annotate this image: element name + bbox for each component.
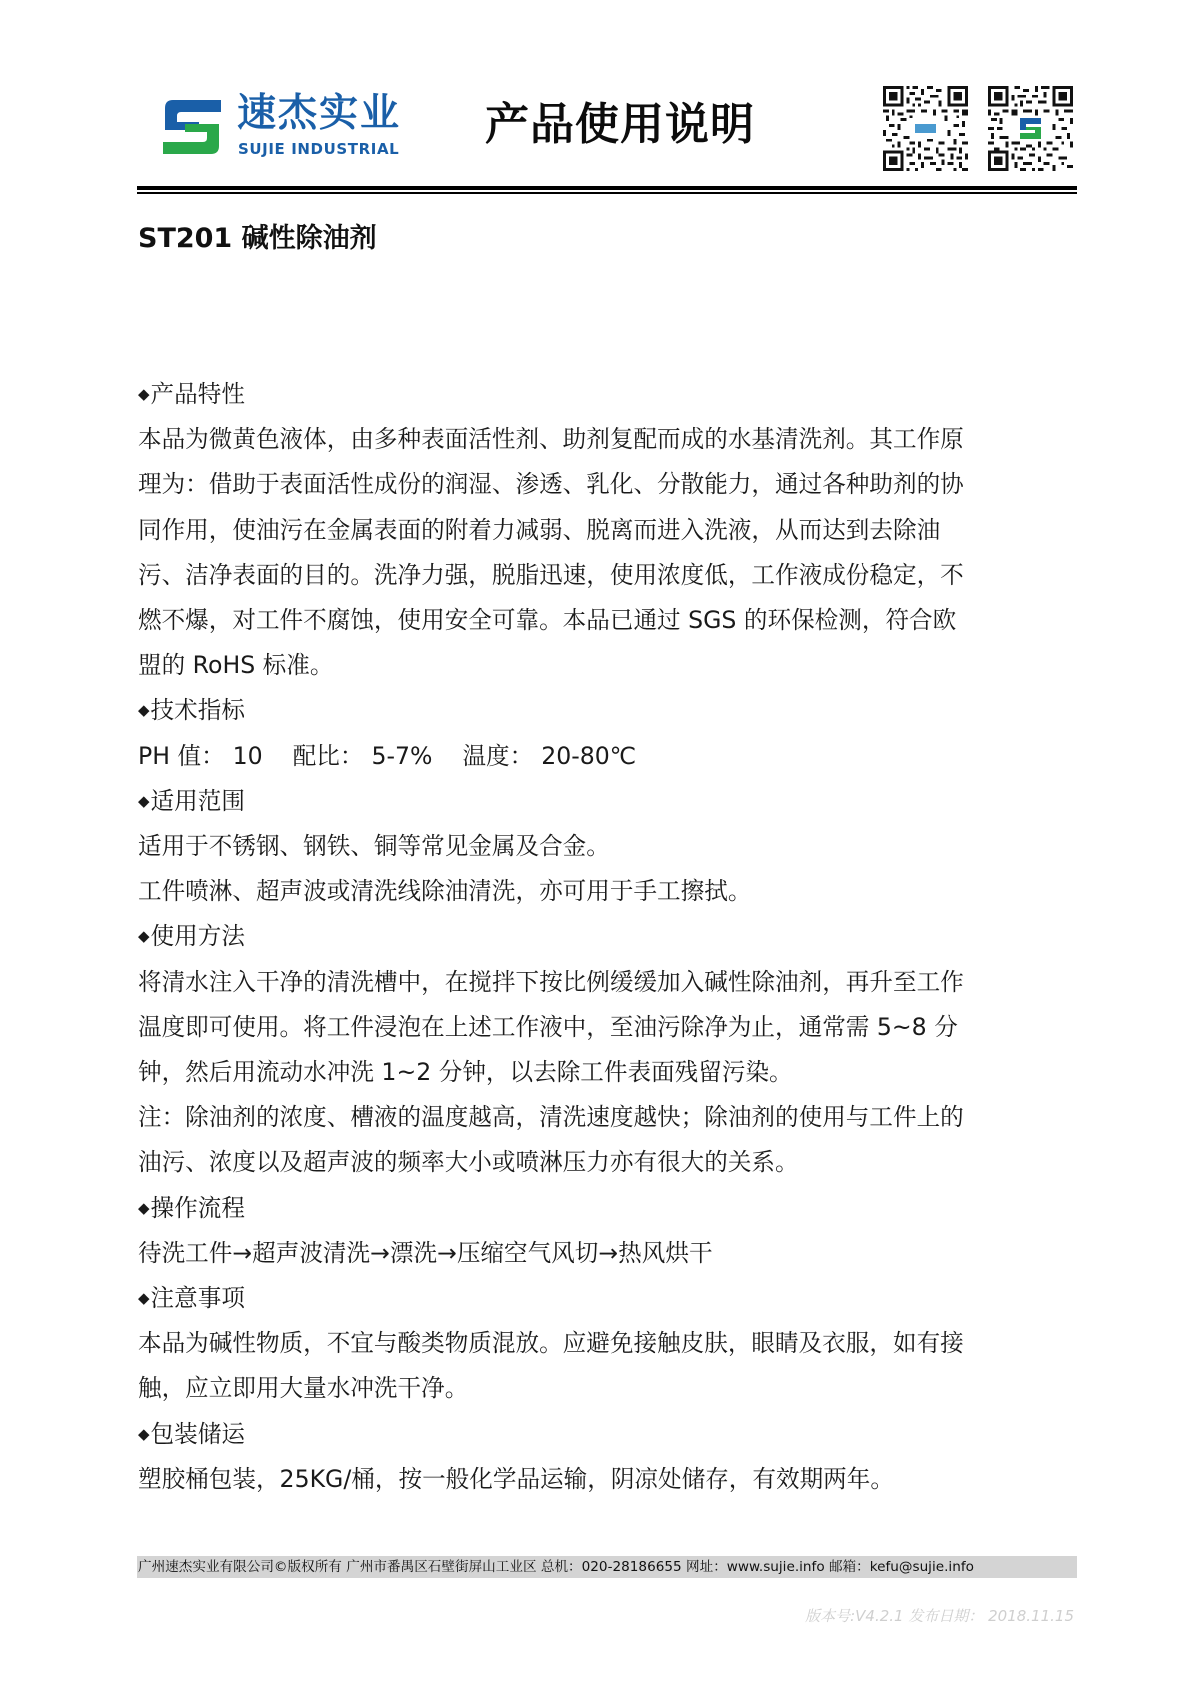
body-line: 理为：借助于表面活性成份的润湿、渗透、乳化、分散能力，通过各种助剂的协 <box>138 462 1078 507</box>
body-line: 同作用，使油污在金属表面的附着力减弱、脱离而进入洗液，从而达到去除油 <box>138 508 1078 553</box>
version-info: 版本号:V4.2.1 发布日期： 2018.11.15 <box>805 1605 1074 1626</box>
document-header: 速杰实业 SUJIE INDUSTRIAL 产品使用说明 <box>137 80 1077 190</box>
body-line: 触，应立即用大量水冲洗干净。 <box>138 1366 1078 1411</box>
diamond-bullet-icon: ◆ <box>138 688 150 733</box>
brand-name-en: SUJIE INDUSTRIAL <box>238 140 399 158</box>
diamond-bullet-icon: ◆ <box>138 914 150 959</box>
sujie-qr-code-icon <box>988 86 1073 171</box>
diamond-bullet-icon: ◆ <box>138 779 150 824</box>
body-line: 油污、浓度以及超声波的频率大小或喷淋压力亦有很大的关系。 <box>138 1140 1078 1185</box>
body-line: 燃不爆，对工件不腐蚀，使用安全可靠。本品已通过 SGS 的环保检测，符合欧 <box>138 598 1078 643</box>
section-heading-features: ◆产品特性 <box>138 372 1078 417</box>
section-heading-precautions: ◆注意事项 <box>138 1276 1078 1321</box>
brand-name-cn: 速杰实业 <box>237 92 401 136</box>
document-title: 产品使用说明 <box>485 98 755 152</box>
body-line: 本品为微黄色液体，由多种表面活性剂、助剂复配而成的水基清洗剂。其工作原 <box>138 417 1078 462</box>
body-line: 本品为碱性物质，不宜与酸类物质混放。应避免接触皮肤，眼睛及衣服，如有接 <box>138 1321 1078 1366</box>
body-line: 工件喷淋、超声波或清洗线除油清洗，亦可用于手工擦拭。 <box>138 869 1078 914</box>
ph-value: 10 <box>233 742 263 770</box>
section-heading-process: ◆操作流程 <box>138 1186 1078 1231</box>
body-line: 将清水注入干净的清洗槽中，在搅拌下按比例缓缓加入碱性除油剂，再升至工作 <box>138 960 1078 1005</box>
body-line: 钟，然后用流动水冲洗 1~2 分钟，以去除工件表面残留污染。 <box>138 1050 1078 1095</box>
body-line: 注：除油剂的浓度、槽液的温度越高，清洗速度越快；除油剂的使用与工件上的 <box>138 1095 1078 1140</box>
body-line: 待洗工件→超声波清洗→漂洗→压缩空气风切→热风烘干 <box>138 1231 1078 1276</box>
body-line: 适用于不锈钢、钢铁、铜等常见金属及合金。 <box>138 824 1078 869</box>
header-divider-thin <box>137 192 1077 194</box>
spec-line: PH 值：10配比：5-7%温度：20-80℃ <box>138 734 1078 779</box>
document-body: ◆产品特性 本品为微黄色液体，由多种表面活性剂、助剂复配而成的水基清洗剂。其工作… <box>138 372 1078 1502</box>
body-line: 塑胶桶包装，25KG/桶，按一般化学品运输，阴凉处储存，有效期两年。 <box>138 1457 1078 1502</box>
wechat-qr-code-icon <box>883 86 968 171</box>
body-line: 温度即可使用。将工件浸泡在上述工作液中，至油污除净为止，通常需 5~8 分 <box>138 1005 1078 1050</box>
body-line: 盟的 RoHS 标准。 <box>138 643 1078 688</box>
section-heading-scope: ◆适用范围 <box>138 779 1078 824</box>
diamond-bullet-icon: ◆ <box>138 372 150 417</box>
sujie-logo-icon <box>159 96 225 158</box>
ratio-value: 5-7% <box>371 742 432 770</box>
section-heading-usage: ◆使用方法 <box>138 914 1078 959</box>
diamond-bullet-icon: ◆ <box>138 1412 150 1457</box>
product-title: ST201 碱性除油剂 <box>138 222 377 256</box>
temp-value: 20-80℃ <box>541 742 636 770</box>
section-heading-specs: ◆技术指标 <box>138 688 1078 733</box>
diamond-bullet-icon: ◆ <box>138 1276 150 1321</box>
footer-contact-bar: 广州速杰实业有限公司©版权所有 广州市番禺区石壁街屏山工业区 总机：020-28… <box>137 1556 1077 1578</box>
body-line: 污、洁净表面的目的。洗净力强，脱脂迅速，使用浓度低，工作液成份稳定，不 <box>138 553 1078 598</box>
diamond-bullet-icon: ◆ <box>138 1186 150 1231</box>
header-divider-thick <box>137 186 1077 190</box>
ph-label: PH 值： <box>138 742 225 770</box>
ratio-label: 配比： <box>293 742 364 770</box>
section-heading-packaging: ◆包装储运 <box>138 1412 1078 1457</box>
temp-label: 温度： <box>462 742 533 770</box>
